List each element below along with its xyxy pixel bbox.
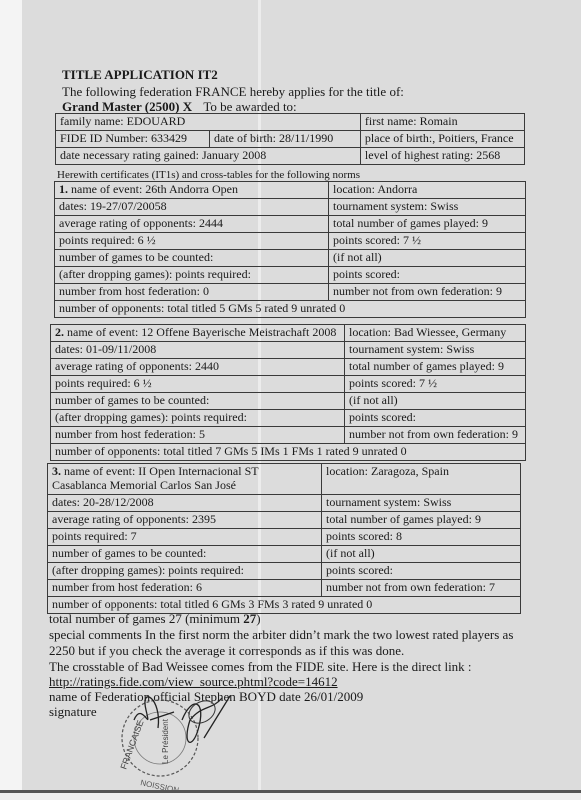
norm-1-avg-rating: average rating of opponents: 2444 (55, 216, 329, 233)
norm-number: 3. (52, 464, 61, 478)
norm-3-location: location: Zaragoza, Spain (322, 464, 521, 495)
norm-3-after-dropping: (after dropping games): points required: (48, 563, 322, 580)
norm-1-opponents: number of opponents: total titled 5 GMs … (55, 301, 526, 318)
norm-1-if-not-all: (if not all) (329, 250, 526, 267)
norms-intro: Herewith certificates (IT1s) and cross-t… (57, 170, 360, 181)
signature-scribble-2 (182, 696, 230, 742)
first-name: first name: Romain (360, 114, 524, 131)
norm-1-total-games: total number of games played: 9 (329, 216, 526, 233)
norm-2-location: location: Bad Wiessee, Germany (345, 325, 526, 342)
place-of-birth: place of birth:, Poitiers, France (360, 131, 524, 148)
total-games-label: total number of games 27 (minimum (49, 611, 243, 626)
event-name: name of event: II Open Internacional ST (61, 464, 259, 478)
date-rating-gained: date necessary rating gained: January 20… (56, 148, 361, 165)
norm-1-not-own-fed: number not from own federation: 9 (329, 284, 526, 301)
signature-label: signature (49, 705, 97, 718)
norm-2-opponents: number of opponents: total titled 7 GMs … (51, 444, 526, 461)
norm-number: 1. (59, 182, 68, 196)
norm-3-points-scored: points scored: 8 (322, 529, 521, 546)
scan-bottom-margin (0, 793, 581, 800)
scan-left-margin (0, 0, 22, 800)
stamp-text-bottom: NOISSION (140, 778, 180, 790)
stamp-inner-ring (134, 712, 186, 764)
norm-3-if-not-all: (if not all) (322, 546, 521, 563)
norm-3-total-games: total number of games played: 9 (322, 512, 521, 529)
norm-3-points-required: points required: 7 (48, 529, 322, 546)
family-name: family name: EDOUARD (56, 114, 361, 131)
norm-1-table: 1. name of event: 26th Andorra Open loca… (54, 181, 526, 318)
special-comments-line1: special comments In the first norm the a… (49, 628, 513, 641)
fide-crosstable-link[interactable]: http://ratings.fide.com/view_source.phtm… (49, 675, 338, 688)
norm-2-system: tournament system: Swiss (345, 342, 526, 359)
norm-3-event: 3. name of event: II Open Internacional … (48, 464, 322, 495)
norm-1-event: 1. name of event: 26th Andorra Open (55, 182, 329, 199)
norm-1-system: tournament system: Swiss (329, 199, 526, 216)
awarded-to: To be awarded to: (203, 99, 296, 114)
fide-id: FIDE ID Number: 633429 (56, 131, 210, 148)
total-games-line: total number of games 27 (minimum 27) (49, 612, 261, 625)
norm-1-points-required: points required: 6 ½ (55, 233, 329, 250)
title-applied: Grand Master (2500) X (62, 99, 192, 114)
event-name: name of event: 12 Offene Bayerische Meis… (64, 325, 336, 339)
norm-2-total-games: total number of games played: 9 (345, 359, 526, 376)
norm-3-avg-rating: average rating of opponents: 2395 (48, 512, 322, 529)
applicant-table: family name: EDOUARD first name: Romain … (55, 113, 525, 165)
event-name: name of event: 26th Andorra Open (68, 182, 238, 196)
norm-3-dates: dates: 20-28/12/2008 (48, 495, 322, 512)
norm-number: 2. (55, 325, 64, 339)
norm-2-points-required: points required: 6 ½ (51, 376, 345, 393)
crosstable-note: The crosstable of Bad Weissee comes from… (49, 660, 472, 673)
document-title: TITLE APPLICATION IT2 (62, 68, 218, 81)
norm-1-games-counted: number of games to be counted: (55, 250, 329, 267)
norm-3-games-counted: number of games to be counted: (48, 546, 322, 563)
norm-1-after-dropping: (after dropping games): points required: (55, 267, 329, 284)
total-games-minimum: 27 (243, 611, 256, 626)
norm-1-points-scored: points scored: 7 ½ (329, 233, 526, 250)
norm-2-points-scored: points scored: 7 ½ (345, 376, 526, 393)
norm-2-not-own-fed: number not from own federation: 9 (345, 427, 526, 444)
norm-2-host-fed: number from host federation: 5 (51, 427, 345, 444)
date-of-birth: date of birth: 28/11/1990 (210, 131, 361, 148)
norm-2-if-not-all: (if not all) (345, 393, 526, 410)
norm-2-event: 2. name of event: 12 Offene Bayerische M… (51, 325, 345, 342)
norm-3-system: tournament system: Swiss (322, 495, 521, 512)
stamp-text-center: Le Président (161, 718, 170, 764)
norm-2-dates: dates: 01-09/11/2008 (51, 342, 345, 359)
title-line: Grand Master (2500) X To be awarded to: (62, 100, 297, 113)
norm-2-avg-rating: average rating of opponents: 2440 (51, 359, 345, 376)
norm-1-dates: dates: 19-27/07/20058 (55, 199, 329, 216)
norm-2-after-dropping: (after dropping games): points required: (51, 410, 345, 427)
norm-1-location: location: Andorra (329, 182, 526, 199)
norm-3-table: 3. name of event: II Open Internacional … (47, 463, 521, 614)
norm-3-host-fed: number from host federation: 6 (48, 580, 322, 597)
norm-1-points-scored-after: points scored: (329, 267, 526, 284)
norm-3-points-scored-after: points scored: (322, 563, 521, 580)
norm-1-host-fed: number from host federation: 0 (55, 284, 329, 301)
norm-2-points-scored-after: points scored: (345, 410, 526, 427)
norm-2-table: 2. name of event: 12 Offene Bayerische M… (50, 324, 526, 461)
paren: ) (256, 611, 260, 626)
intro-text: The following federation FRANCE hereby a… (62, 85, 404, 98)
norm-3-not-own-fed: number not from own federation: 7 (322, 580, 521, 597)
special-comments-line2: 2250 but if you check the average it cor… (49, 644, 404, 657)
highest-rating: level of highest rating: 2568 (360, 148, 524, 165)
norm-2-games-counted: number of games to be counted: (51, 393, 345, 410)
federation-stamp-signature: FRANCAISE NOISSION Le Président (112, 690, 242, 790)
event-name-line2: Casablanca Memorial Carlos San José (52, 478, 236, 492)
